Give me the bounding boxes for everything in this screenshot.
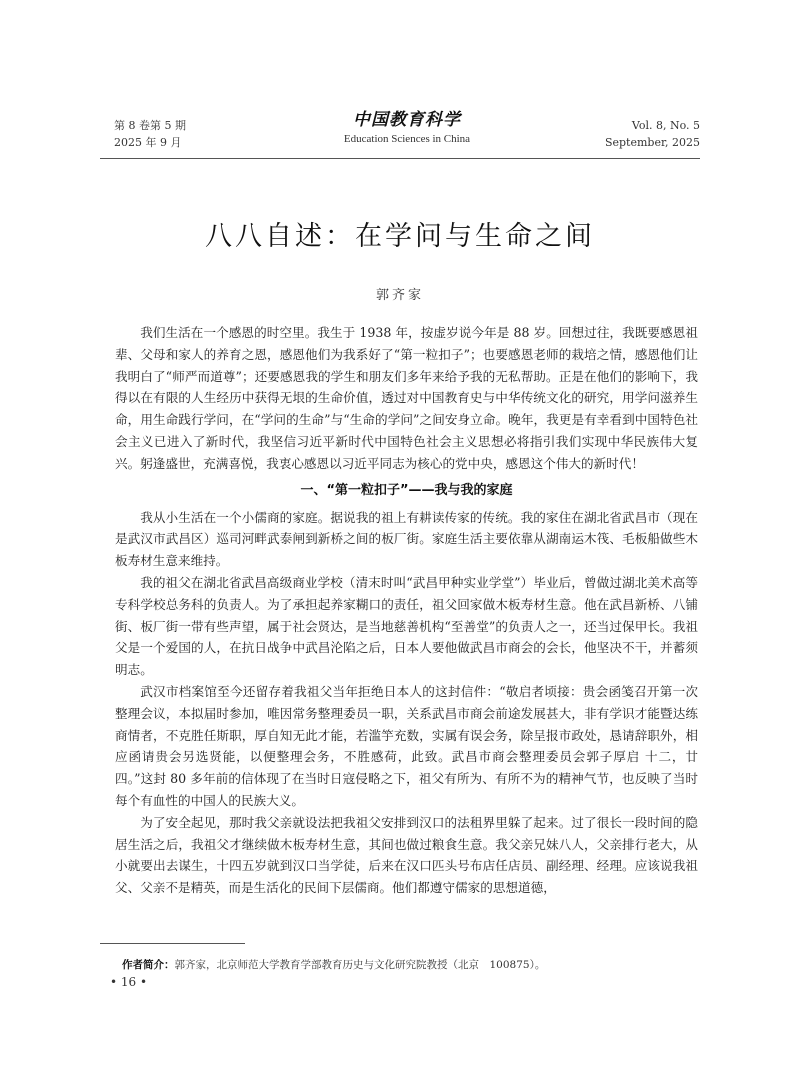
article-body: 我们生活在一个感恩的时空里。我生于 1938 年，按虚岁说今年是 88 岁。回想… xyxy=(115,322,698,899)
body-paragraph: 我从小生活在一个小儒商的家庭。据说我的祖上有耕读传家的传统。我的家住在湖北省武昌… xyxy=(115,507,698,572)
article-author: 郭齐家 xyxy=(0,284,800,303)
date-en: September, 2025 xyxy=(605,134,700,151)
body-paragraph: 为了安全起见，那时我父亲就设法把我祖父安排到汉口的法租界里躲了起来。过了很长一段… xyxy=(115,812,698,899)
header-divider xyxy=(100,158,700,159)
article-title: 八八自述：在学问与生命之间 xyxy=(0,219,800,255)
running-header: 第 8 卷第 5 期 2025 年 9 月 中国教育科学 Education S… xyxy=(114,117,700,157)
footnote-text: 郭齐家，北京师范大学教育学部教育历史与文化研究院教授（北京 100875）。 xyxy=(175,959,546,971)
body-paragraph: 我的祖父在湖北省武昌高级商业学校（清末时叫“武昌甲种实业学堂”）毕业后，曾做过湖… xyxy=(115,572,698,681)
page-number: • 16 • xyxy=(110,975,147,989)
section-heading: 一、“第一粒扣子”——我与我的家庭 xyxy=(115,480,698,502)
body-paragraph: 武汉市档案馆至今还留存着我祖父当年拒绝日本人的这封信件：“敬启者顷接：贵会函笺召… xyxy=(115,681,698,812)
footnote-label: 作者简介： xyxy=(122,959,175,971)
header-right: Vol. 8, No. 5 September, 2025 xyxy=(605,117,700,151)
intro-paragraph: 我们生活在一个感恩的时空里。我生于 1938 年，按虚岁说今年是 88 岁。回想… xyxy=(115,322,698,475)
volume-issue-en: Vol. 8, No. 5 xyxy=(605,117,700,134)
author-footnote: 作者简介：郭齐家，北京师范大学教育学部教育历史与文化研究院教授（北京 10087… xyxy=(122,957,545,972)
footnote-divider xyxy=(100,943,245,944)
